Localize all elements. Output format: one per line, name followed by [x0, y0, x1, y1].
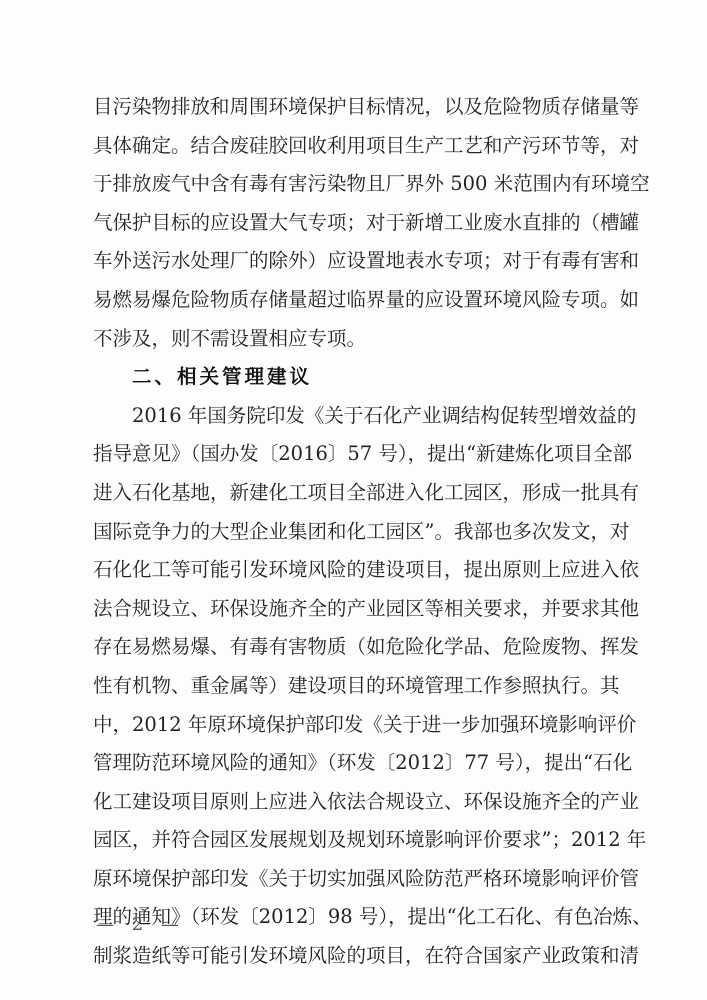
- paragraph-line: 指导意见》（国办发〔2016〕57 号），提出“新建炼化项目全部: [93, 435, 615, 474]
- paragraph-line: 易燃易爆危险物质存储量超过临界量的应设置环境风险专项。如: [93, 281, 615, 320]
- section-heading: 二、相关管理建议: [93, 358, 615, 397]
- paragraph-line: 于排放废气中含有毒有害污染物且厂界外 500 米范围内有环境空: [93, 165, 615, 204]
- paragraph-line: 原环境保护部印发《关于切实加强风险防范严格环境影响评价管: [93, 860, 615, 899]
- paragraph-line: 车外送污水处理厂的除外）应设置地表水专项；对于有毒有害和: [93, 242, 615, 281]
- paragraph-line: 目污染物排放和周围环境保护目标情况，以及危险物质存储量等: [93, 88, 615, 127]
- paragraph-line: 管理防范环境风险的通知》（环发〔2012〕77 号），提出“石化: [93, 744, 615, 783]
- paragraph-line: 存在易燃易爆、有毒有害物质（如危险化学品、危险废物、挥发: [93, 628, 615, 667]
- paragraph-line: 性有机物、重金属等）建设项目的环境管理工作参照执行。其: [93, 667, 615, 706]
- paragraph-line: 石化化工等可能引发环境风险的建设项目，提出原则上应进入依: [93, 551, 615, 590]
- paragraph-line: 中，2012 年原环境保护部印发《关于进一步加强环境影响评价: [93, 706, 615, 745]
- paragraph-line: 进入石化基地，新建化工项目全部进入化工园区，形成一批具有: [93, 474, 615, 513]
- paragraph-line: 园区，并符合园区发展规划及规划环境影响评价要求”；2012 年: [93, 821, 615, 860]
- paragraph-line: 制浆造纸等可能引发环境风险的项目，在符合国家产业政策和清: [93, 937, 615, 976]
- paragraph-line: 化工建设项目原则上应进入依法合规设立、环保设施齐全的产业: [93, 783, 615, 822]
- page-number: — 2 —: [96, 914, 185, 935]
- paragraph-line: 不涉及，则不需设置相应专项。: [93, 320, 615, 359]
- paragraph-line: 法合规设立、环保设施齐全的产业园区等相关要求，并要求其他: [93, 590, 615, 629]
- paragraph-line: 气保护目标的应设置大气专项；对于新增工业废水直排的（槽罐: [93, 204, 615, 243]
- body-text: 目污染物排放和周围环境保护目标情况，以及危险物质存储量等 具体确定。结合废硅胶回…: [93, 88, 615, 976]
- document-page: 目污染物排放和周围环境保护目标情况，以及危险物质存储量等 具体确定。结合废硅胶回…: [0, 0, 707, 1000]
- paragraph-line: 国际竞争力的大型企业集团和化工园区”。我部也多次发文，对: [93, 513, 615, 552]
- paragraph-line: 2016 年国务院印发《关于石化产业调结构促转型增效益的: [93, 397, 615, 436]
- paragraph-line: 具体确定。结合废硅胶回收利用项目生产工艺和产污环节等，对: [93, 127, 615, 166]
